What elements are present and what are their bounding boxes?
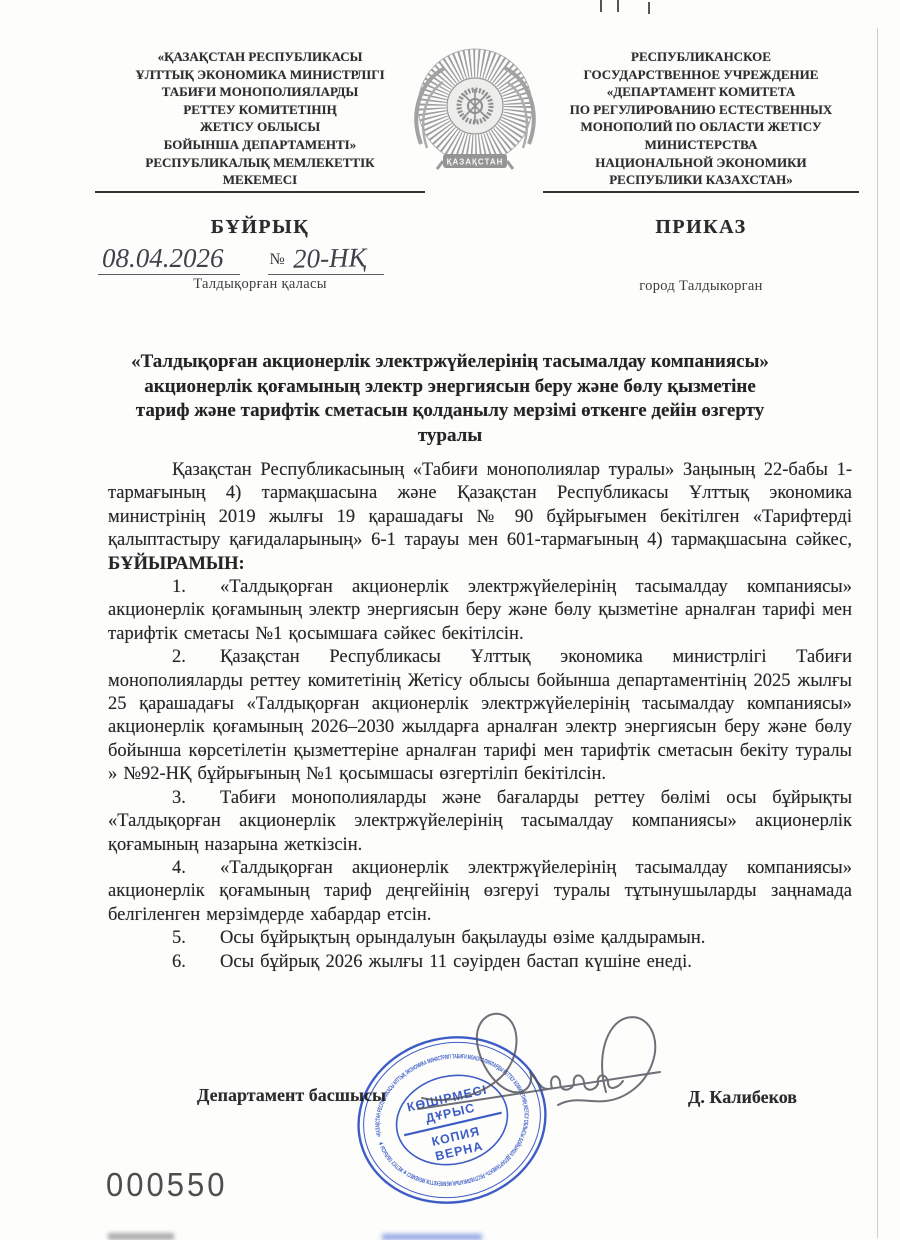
item-number: 2. [172,646,220,669]
item-text: «Талдықорған акционерлік электржүйелерін… [108,577,852,644]
order-date-field: 08.04.2026 [98,243,240,275]
bottom-cutoff-mark [108,1233,174,1240]
serial-number: 000550 [106,1166,227,1205]
document-body: Қазақстан Республикасының «Табиғи монопо… [108,459,852,974]
order-item: 1.«Талдықорған акционерлік электржүйелер… [108,576,852,646]
document-title: «Талдықорған акционерлік электржүйелерін… [130,350,770,448]
org-line: НАЦИОНАЛЬНОЙ ЭКОНОМИКИ [543,154,859,172]
org-line: ГОСУДАРСТВЕННОЕ УЧРЕЖДЕНИЕ [543,66,859,84]
decree-word: БҰЙЫРАМЫН: [108,554,245,574]
kazakhstan-coat-of-arms-icon: ҚАЗАҚСТАН [405,44,545,191]
org-line: РЕСПУБЛИКАЛЫҚ МЕМЛЕКЕТТІК [95,154,425,172]
org-line: ПО РЕГУЛИРОВАНИЮ ЕСТЕСТВЕННЫХ [543,101,859,119]
item-number: 5. [172,927,220,950]
scanned-order-document: «ҚАЗАҚСТАН РЕСПУБЛИКАСЫ ҰЛТТЫҚ ЭКОНОМИКА… [0,0,900,1240]
org-line: «ДЕПАРТАМЕНТ КОМИТЕТА [543,83,859,101]
org-name-russian: РЕСПУБЛИКАНСКОЕ ГОСУДАРСТВЕННОЕ УЧРЕЖДЕН… [543,48,859,193]
date-number-row: 08.04.2026 № 20-НҚ [98,243,384,275]
org-line: РЕТТЕУ КОМИТЕТІНІҢ [95,101,425,119]
org-line: МЕКЕМЕСІ [95,171,425,189]
emblem-banner-text: ҚАЗАҚСТАН [447,158,504,167]
preamble-paragraph: Қазақстан Республикасының «Табиғи монопо… [108,459,852,576]
org-line: МОНОПОЛИЙ ПО ОБЛАСТИ ЖЕТІСУ [543,118,859,136]
item-text: Табиғи монополияларды және бағаларды рет… [108,788,852,855]
scan-tick-mark [600,0,602,12]
bottom-cutoff-stamp-mark [382,1234,482,1240]
org-line: «ҚАЗАҚСТАН РЕСПУБЛИКАСЫ [95,48,425,66]
order-heading-kazakh: БҰЙРЫҚ [95,216,425,239]
order-item: 2.Қазақстан Республикасы Ұлттық экономик… [108,646,852,786]
number-sign: № [270,247,285,273]
order-item: 6.Осы бұйрық 2026 жылғы 11 сәуірден баст… [108,951,852,974]
item-number: 1. [172,576,220,599]
item-number: 3. [172,787,220,810]
item-text: «Талдықорған акционерлік электржүйелерін… [108,858,852,925]
org-line: МИНИСТЕРСТВА [543,136,859,154]
org-line: БОЙЫНША ДЕПАРТАМЕНТІ» [95,136,425,154]
scan-tick-mark [617,0,619,12]
order-heading-russian: ПРИКАЗ [543,216,859,239]
org-line: РЕСПУБЛИКИ КАЗАХСТАН» [543,171,859,189]
scan-tick-mark [648,2,650,14]
item-number: 4. [172,857,220,880]
order-item: 4.«Талдықорған акционерлік электржүйелер… [108,857,852,927]
org-line: ЖЕТІСУ ОБЛЫСЫ [95,118,425,136]
item-text: Осы бұйрықтың орындалуын бақылауды өзіме… [220,928,705,948]
handwritten-signature [408,1000,676,1138]
order-number-field: № 20-НҚ [268,243,385,275]
place-kazakh: Талдықорған қаласы [95,276,425,293]
org-line: РЕСПУБЛИКАНСКОЕ [543,48,859,66]
order-item: 5.Осы бұйрықтың орындалуын бақылауды өзі… [108,927,852,950]
item-text: Осы бұйрық 2026 жылғы 11 сәуірден бастап… [220,952,692,972]
org-line: ҰЛТТЫҚ ЭКОНОМИКА МИНИСТРЛІГІ [95,66,425,84]
order-item: 3.Табиғи монополияларды және бағаларды р… [108,787,852,857]
handwritten-date: 08.04.2026 [102,243,224,273]
signatory-name: Д. Калибеков [688,1087,797,1108]
org-name-kazakh: «ҚАЗАҚСТАН РЕСПУБЛИКАСЫ ҰЛТТЫҚ ЭКОНОМИКА… [95,48,425,193]
org-line: ТАБИҒИ МОНОПОЛИЯЛАРДЫ [95,83,425,101]
item-number: 6. [172,951,220,974]
handwritten-number: 20-НҚ [292,242,366,274]
scan-edge-line [877,28,878,1238]
preamble-text: Қазақстан Республикасының «Табиғи монопо… [108,460,852,550]
place-russian: город Талдыкорган [543,278,859,295]
